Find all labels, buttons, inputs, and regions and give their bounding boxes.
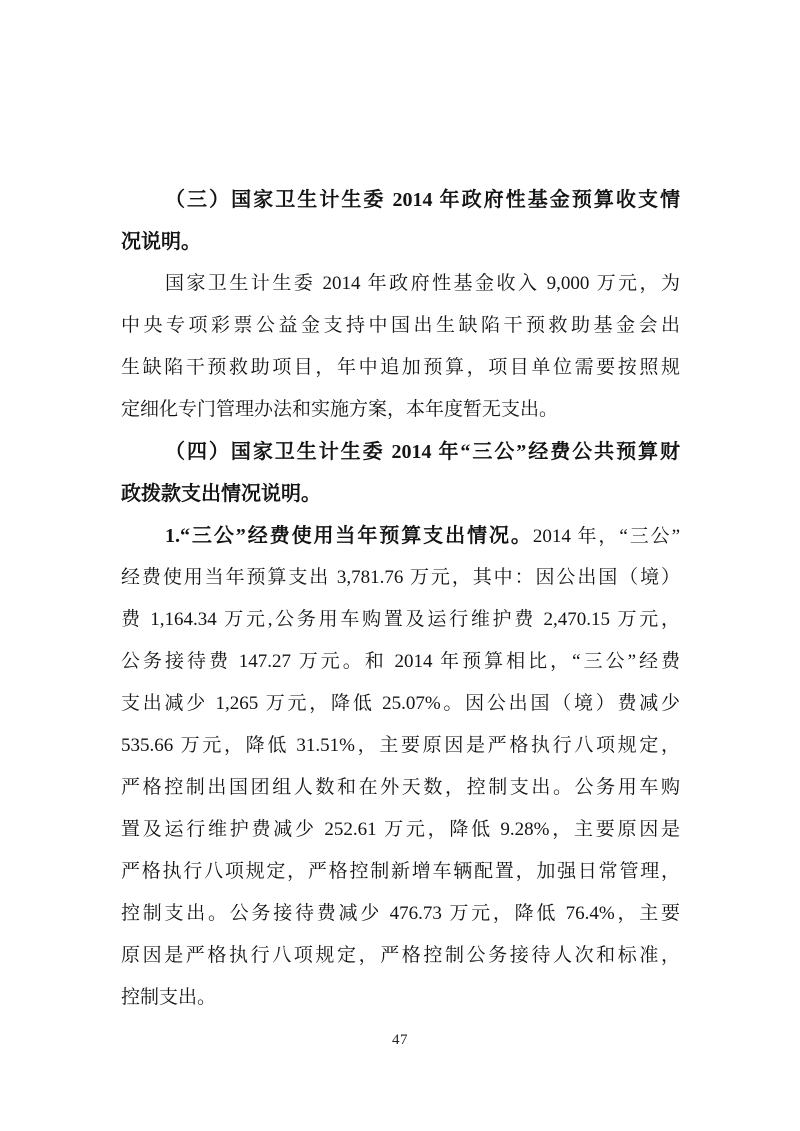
paragraph-line: 费 1,164.34 万元,公务用车购置及运行维护费 2,470.15 万元，	[121, 599, 680, 641]
document-page: （三）国家卫生计生委 2014 年政府性基金预算收支情况说明。国家卫生计生委 2…	[0, 0, 800, 1131]
body-text: 定细化专门管理办法和实施方案，本年度暂无支出。	[121, 399, 558, 420]
body-text: 严格控制出国团组人数和在外天数，控制支出。公务用车购	[121, 777, 680, 798]
body-text: 支出减少 1,265 万元，降低 25.07%。因公出国（境）费减少	[121, 693, 680, 714]
paragraph-line: 中央专项彩票公益金支持中国出生缺陷干预救助基金会出	[121, 305, 680, 347]
paragraph-line: 支出减少 1,265 万元，降低 25.07%。因公出国（境）费减少	[121, 683, 680, 725]
body-text: 严格执行八项规定，严格控制新增车辆配置，加强日常管理，	[121, 861, 680, 882]
body-text: 费 1,164.34 万元,公务用车购置及运行维护费 2,470.15 万元，	[121, 609, 680, 630]
paragraph-line: 控制支出。公务接待费减少 476.73 万元，降低 76.4%，主要	[121, 893, 680, 935]
paragraph-line: 生缺陷干预救助项目，年中追加预算，项目单位需要按照规	[121, 347, 680, 389]
heading-line: 况说明。	[121, 221, 680, 263]
paragraph-line: 定细化专门管理办法和实施方案，本年度暂无支出。	[121, 389, 680, 431]
heading-line: （三）国家卫生计生委 2014 年政府性基金预算收支情	[121, 179, 680, 221]
body-text: 中央专项彩票公益金支持中国出生缺陷干预救助基金会出	[121, 315, 680, 336]
body-text: 置及运行维护费减少 252.61 万元，降低 9.28%，主要原因是	[121, 819, 680, 840]
paragraph-line: 1.“三公”经费使用当年预算支出情况。2014 年，“三公”	[121, 515, 680, 557]
body-text: 公务接待费 147.27 万元。和 2014 年预算相比，“三公”经费	[121, 651, 680, 672]
paragraph-line: 原因是严格执行八项规定，严格控制公务接待人次和标准，	[121, 935, 680, 977]
bold-text: 况说明。	[121, 231, 201, 253]
bold-text: （四）国家卫生计生委 2014 年“三公”经费公共预算财	[165, 441, 680, 463]
paragraph-line: 控制支出。	[121, 977, 680, 1019]
paragraph-line: 严格控制出国团组人数和在外天数，控制支出。公务用车购	[121, 767, 680, 809]
body-text: 国家卫生计生委 2014 年政府性基金收入 9,000 万元，为	[165, 273, 680, 294]
document-body: （三）国家卫生计生委 2014 年政府性基金预算收支情况说明。国家卫生计生委 2…	[121, 179, 680, 1019]
body-text: 控制支出。	[121, 987, 216, 1008]
paragraph-line: 严格执行八项规定，严格控制新增车辆配置，加强日常管理，	[121, 851, 680, 893]
heading-line: 政拨款支出情况说明。	[121, 473, 680, 515]
bold-text: 1.“三公”经费使用当年预算支出情况。	[165, 525, 533, 547]
body-text: 535.66 万元，降低 31.51%，主要原因是严格执行八项规定，	[121, 735, 680, 756]
body-text: 经费使用当年预算支出 3,781.76 万元，其中：因公出国（境）	[121, 567, 680, 588]
paragraph-line: 置及运行维护费减少 252.61 万元，降低 9.28%，主要原因是	[121, 809, 680, 851]
body-text: 原因是严格执行八项规定，严格控制公务接待人次和标准，	[121, 945, 680, 966]
body-text: 2014 年，“三公”	[533, 526, 680, 547]
page-number: 47	[0, 1028, 800, 1052]
paragraph-line: 公务接待费 147.27 万元。和 2014 年预算相比，“三公”经费	[121, 641, 680, 683]
paragraph-line: 国家卫生计生委 2014 年政府性基金收入 9,000 万元，为	[121, 263, 680, 305]
body-text: 生缺陷干预救助项目，年中追加预算，项目单位需要按照规	[121, 357, 680, 378]
heading-line: （四）国家卫生计生委 2014 年“三公”经费公共预算财	[121, 431, 680, 473]
bold-text: 政拨款支出情况说明。	[121, 483, 321, 505]
paragraph-line: 经费使用当年预算支出 3,781.76 万元，其中：因公出国（境）	[121, 557, 680, 599]
paragraph-line: 535.66 万元，降低 31.51%，主要原因是严格执行八项规定，	[121, 725, 680, 767]
body-text: 控制支出。公务接待费减少 476.73 万元，降低 76.4%，主要	[121, 903, 680, 924]
bold-text: （三）国家卫生计生委 2014 年政府性基金预算收支情	[165, 189, 680, 211]
